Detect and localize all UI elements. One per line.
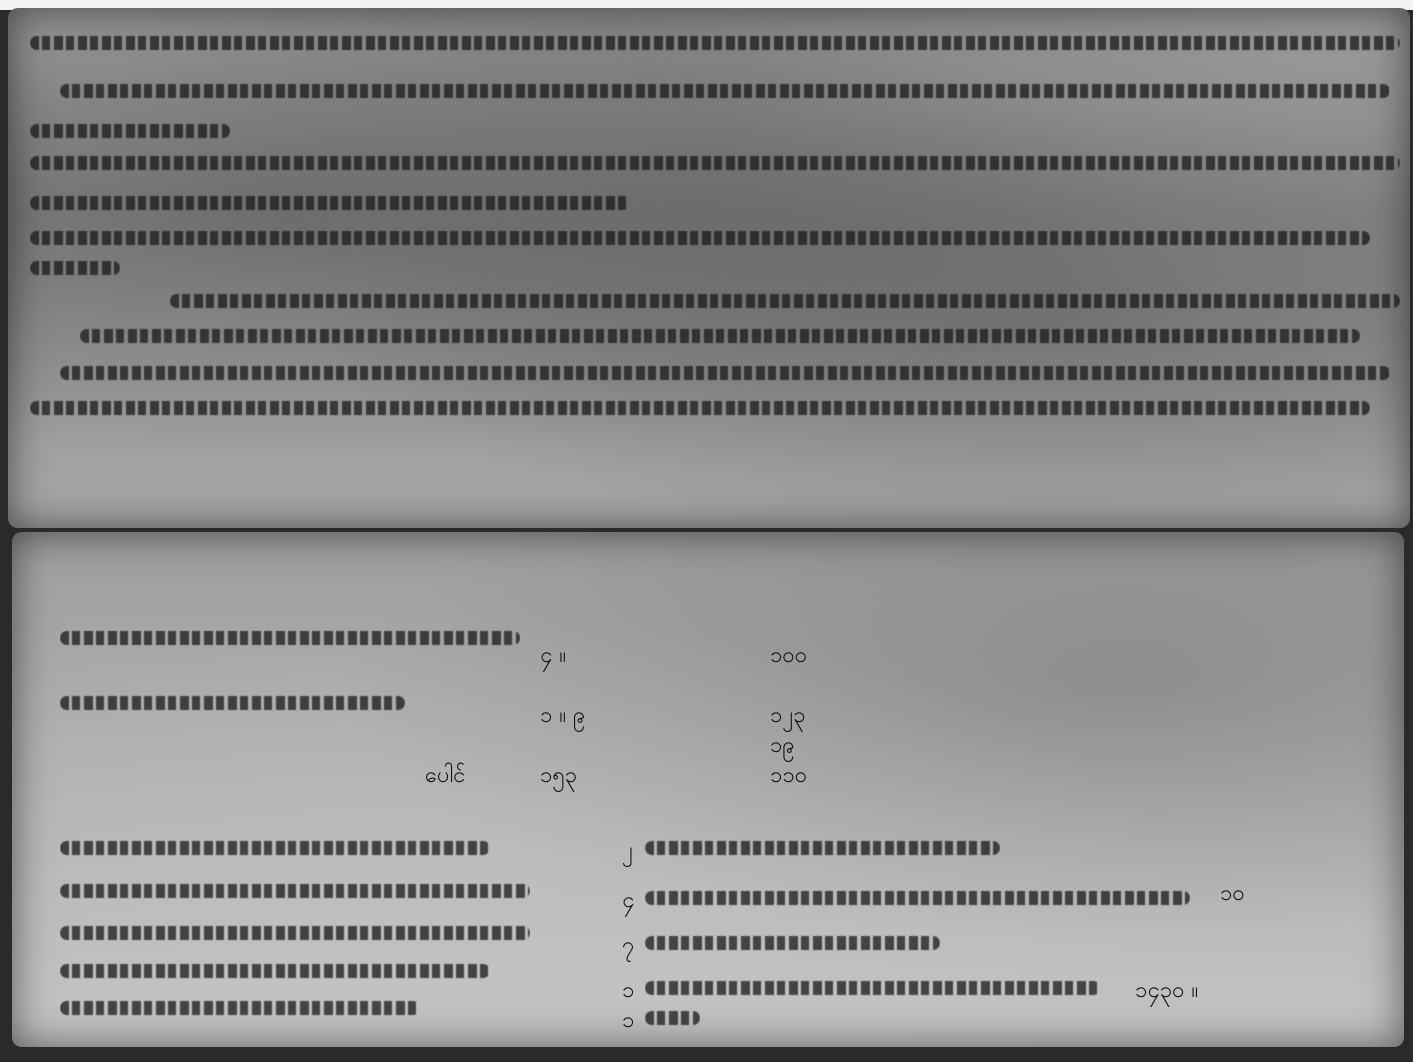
side-value: ၁၀ [1220,878,1245,911]
ledger-value: ၄ ။ [540,640,566,673]
list-note [645,885,1190,911]
handwritten-script [60,841,490,855]
handwritten-script [60,84,1390,98]
handwritten-script [60,631,520,645]
handwritten-script [645,981,1100,995]
list-note [645,835,1000,861]
ledger-value: ၁ ။ ၉ [540,700,585,733]
handwritten-script [60,884,530,898]
handwritten-script [60,926,530,940]
manuscript-line [30,395,1370,421]
item-number: ၁ [622,1005,634,1038]
manuscript-line [30,150,1400,176]
handwritten-script [30,401,1370,415]
ledger-value: ၁၉ [770,730,795,763]
list-item [60,958,490,984]
handwritten-script [60,696,405,710]
manuscript-line [80,323,1360,349]
ledger-total-label: ပေါင် [425,760,466,793]
item-number: ၂ [622,835,633,868]
ledger-value: ၁၀၀ [770,640,807,673]
handwritten-script [60,366,1390,380]
handwritten-script [30,196,630,210]
handwritten-script [60,964,490,978]
handwritten-script [645,891,1190,905]
handwritten-script [80,329,1360,343]
handwritten-script [30,231,1370,245]
handwritten-script [30,124,230,138]
list-item [60,995,420,1021]
item-number: ၄ [622,885,634,918]
ledger-value: ၁၂၃ [770,700,806,733]
handwritten-script [645,841,1000,855]
ledger-entry [60,690,405,716]
handwritten-script [30,156,1400,170]
item-number: ၁ [622,975,634,1008]
manuscript-line [30,30,1400,56]
handwritten-script [645,936,940,950]
ledger-value: ၁၅၃ [540,760,577,793]
item-number: ၇ [622,930,634,963]
handwritten-script [30,36,1400,50]
list-item [60,920,530,946]
manuscript-line [60,78,1390,104]
list-note [645,1005,700,1031]
manuscript-line [170,288,1400,314]
list-note [645,930,940,956]
manuscript-line [30,255,120,281]
sum-total: ၁၄၃၀ ။ [1135,975,1198,1008]
list-note [645,975,1100,1001]
ledger-entry [60,625,520,651]
manuscript-line [30,190,630,216]
list-item [60,835,490,861]
handwritten-script [60,1001,420,1015]
manuscript-line [60,360,1390,386]
handwritten-script [170,294,1400,308]
handwritten-script [645,1011,700,1025]
list-item [60,878,530,904]
manuscript-line [30,225,1370,251]
handwritten-script [30,261,120,275]
ledger-value: ၁၁၀ [770,760,807,793]
manuscript-line [30,118,230,144]
